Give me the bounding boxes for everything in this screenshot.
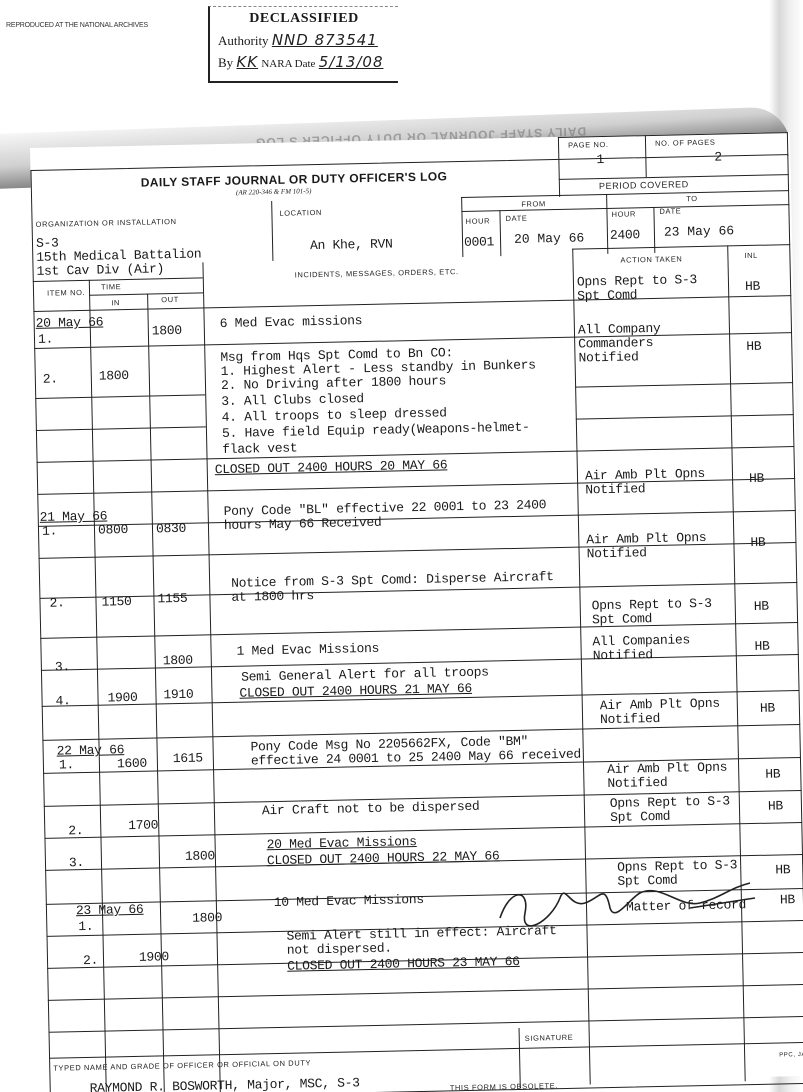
entry-action: Spt Comd (577, 287, 637, 303)
page-no-label: PAGE NO. (568, 140, 609, 150)
from-hour-label: HOUR (466, 216, 491, 226)
period-covered-label: PERIOD COVERED (599, 179, 689, 191)
entry-inl: HB (746, 339, 761, 354)
entry-text: 1 Med Evac Missions (236, 641, 379, 659)
no-of-pages: 2 (714, 150, 722, 165)
entry-out: 1800 (163, 653, 193, 669)
from-date-label: DATE (505, 214, 527, 223)
entry-inl: HB (749, 471, 764, 486)
to-label: TO (686, 194, 698, 203)
divider (787, 132, 789, 156)
entry-item: 4. (55, 693, 70, 708)
by-label: By (218, 55, 233, 70)
duty-log-form: PAGE NO. 1 NO. OF PAGES 2 DAILY STAFF JO… (30, 132, 803, 1092)
signature-label: SIGNATURE (525, 1033, 574, 1043)
entry-action: Notified (607, 775, 667, 791)
no-of-pages-label: NO. OF PAGES (655, 138, 716, 148)
from-hour-value: 0001 (464, 234, 494, 250)
entry-action: Notified (585, 481, 645, 497)
entry-text: not dispersed. (287, 941, 392, 958)
entry-inl: HB (780, 892, 795, 907)
form-subtitle: (AR 220-346 & FM 101-5) (236, 187, 312, 197)
entry-in: 1900 (139, 949, 169, 965)
entry-item: 3. (69, 855, 84, 870)
declassified-title: DECLASSIFIED (218, 11, 390, 27)
entry-in: 1150 (101, 594, 131, 610)
page-no: 1 (596, 152, 604, 167)
to-hour-label: HOUR (611, 209, 636, 219)
entry-item: 2. (49, 595, 64, 610)
time-header: TIME (101, 282, 122, 291)
entry-item: 1. (42, 524, 57, 539)
entry-out: 1800 (192, 910, 222, 926)
entry-in: 1600 (117, 756, 147, 772)
authority-label: Authority (218, 33, 269, 48)
entry-date-20-may: 20 May 66 (36, 315, 104, 331)
to-hour-value: 2400 (610, 227, 640, 243)
printer-mark: PPC, Jap (779, 1052, 803, 1059)
entry-item: 1. (78, 919, 93, 934)
entry-action: Notified (586, 545, 646, 561)
nara-date-value: 5/13/08 (319, 53, 384, 71)
entry-text: 3. All Clubs closed (221, 391, 364, 409)
entry-text: 6 Med Evac missions (220, 313, 363, 331)
archive-note: REPRODUCED AT THE NATIONAL ARCHIVES (6, 22, 148, 29)
entry-inl: HB (775, 862, 790, 877)
entry-action: Notified (578, 349, 638, 365)
inl-header: INL (744, 251, 758, 260)
to-date-label: DATE (659, 206, 681, 215)
entry-item: 3. (55, 659, 70, 674)
by-value: KK (236, 53, 258, 71)
organization-line-3: 1st Cav Div (Air) (36, 261, 164, 279)
entry-in: 0800 (98, 522, 128, 538)
entry-item: 2. (43, 371, 58, 386)
entry-item: 2. (68, 823, 83, 838)
entry-in: 1700 (128, 817, 158, 833)
entry-item: 2. (83, 953, 98, 968)
authority-value: NND 873541 (272, 31, 378, 49)
by-line: By KK NARA Date 5/13/08 (218, 53, 390, 71)
entry-out: 0830 (156, 521, 186, 537)
entry-out: 1800 (185, 848, 215, 864)
item-no-header: ITEM NO. (47, 288, 85, 298)
location-value: An Khe, RVN (310, 236, 393, 253)
entry-action: Notified (600, 711, 660, 727)
entry-out: 1155 (157, 591, 187, 607)
entry-date-22-may: 22 May 66 (56, 742, 124, 758)
entry-inl: HB (765, 766, 780, 781)
authority-line: Authority NND 873541 (218, 31, 390, 49)
entry-inl: HB (754, 599, 769, 614)
out-header: OUT (161, 295, 179, 304)
entry-action: Spt Comd (610, 809, 670, 825)
entry-in: 1900 (107, 690, 137, 706)
location-label: LOCATION (279, 208, 322, 218)
entry-inl: HB (754, 639, 769, 654)
from-date-value: 20 May 66 (514, 230, 585, 246)
entry-text: at 1800 hrs (231, 588, 314, 605)
entry-item: 1. (59, 757, 74, 772)
nara-date-label: NARA Date (261, 58, 315, 70)
action-taken-header: ACTION TAKEN (620, 254, 682, 264)
to-date-value: 23 May 66 (664, 223, 735, 239)
from-label: FROM (521, 199, 546, 209)
entry-text: flack vest (222, 440, 297, 457)
entry-text: 10 Med Evac Missions (274, 892, 424, 910)
entry-inl: HB (768, 798, 783, 813)
entry-action: Spt Comd (592, 611, 652, 627)
declassified-stamp: DECLASSIFIED Authority NND 873541 By KK … (208, 6, 398, 83)
entry-item: 1. (38, 332, 53, 347)
entry-action: Notified (593, 647, 653, 663)
signature-scrawl (490, 878, 760, 928)
entry-inl: HB (745, 279, 760, 294)
entry-inl: HB (760, 701, 775, 716)
entry-in: 1800 (99, 368, 129, 384)
entry-out: 1615 (173, 751, 203, 767)
entry-out: 1910 (163, 687, 193, 703)
obsolete-note: THIS FORM IS OBSOLETE. (450, 1081, 558, 1092)
entry-inl: HB (750, 535, 765, 550)
entry-date-23-may: 23 May 66 (76, 902, 144, 918)
entry-out: 1800 (152, 323, 182, 339)
in-header: IN (111, 298, 120, 307)
entry-text: 20 Med Evac Missions (266, 834, 416, 852)
